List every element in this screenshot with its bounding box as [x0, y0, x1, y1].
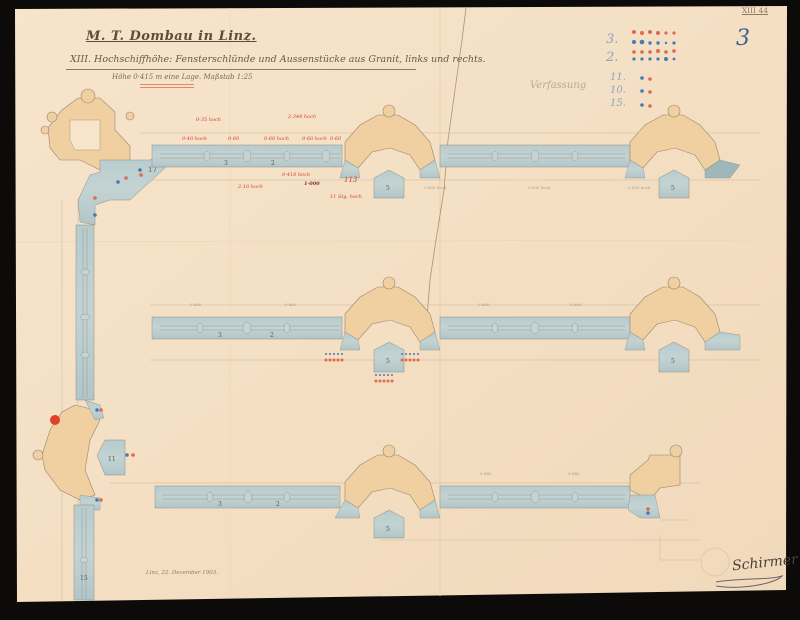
dimension-label: 0·660: [478, 302, 489, 307]
scanned-drawing-sheet: 17 3 2 5: [0, 0, 800, 620]
stone-label-2: 2: [271, 160, 275, 167]
red-annotation: 2·10 hoch: [238, 184, 263, 190]
red-annotation: 0·35 hoch: [196, 117, 221, 123]
pencil-note: 2·000 hoch: [424, 185, 447, 190]
scale-note: Höhe 0·415 m eine Lage. Maßstab 1:25: [112, 73, 253, 81]
pencil-note: 2·000 hoch: [628, 185, 651, 190]
wall-segment-left-column: [76, 225, 94, 400]
stone-label-2m: 2: [270, 332, 274, 339]
dimension-label: 0·640: [568, 471, 579, 476]
stone-label-11: 11: [108, 456, 116, 463]
pencil-annotation: Verfassung: [530, 80, 586, 91]
document-title: M. T. Dombau in Linz.: [86, 29, 257, 44]
red-wax-mark: [50, 415, 60, 425]
stone-label-3: 3: [224, 160, 228, 167]
red-annotation: 113: [344, 176, 357, 184]
red-annotation: 0·60: [330, 136, 341, 142]
stone-label-5b: 5: [671, 185, 675, 192]
page-marker: 3: [736, 26, 750, 51]
stone-label-3m: 3: [218, 332, 222, 339]
stone-label-15: 15: [80, 575, 88, 582]
pencil-note: 3·000 hoch: [528, 185, 551, 190]
dimension-label: 0·660: [570, 302, 581, 307]
stone-label-3b: 3: [218, 501, 222, 508]
dimension-label: 0·640: [480, 471, 491, 476]
wall-segment-left-lower: [74, 505, 94, 600]
subtitle-underline: [66, 69, 416, 70]
stone-label-5m2: 5: [671, 358, 675, 365]
sheet-number: XIII 44: [742, 6, 768, 15]
date-line: Linz, 22. December 1903.: [146, 570, 218, 576]
stone-label-5m: 5: [386, 358, 390, 365]
stone-label-2b: 2: [276, 501, 280, 508]
red-annotation: 2·344 hoch: [288, 114, 316, 120]
red-annotation: 11 Stg. hoch: [330, 194, 362, 200]
red-underline: [140, 84, 194, 85]
document-subtitle: XIII. Hochschiffhöhe: Fensterschlünde un…: [70, 54, 486, 65]
dimension-label: 0·660: [190, 302, 201, 307]
color-legend: 3. 2. 11. 10. 15.: [604, 28, 694, 128]
red-annotation: 1·000: [304, 181, 320, 187]
legend-dots: [604, 28, 694, 128]
red-annotation: 0·40 hoch: [182, 136, 207, 142]
dimension-label: 0·660: [285, 302, 296, 307]
stone-label-5b2: 5: [386, 526, 390, 533]
red-annotation: 0·60 hoch: [302, 136, 327, 142]
red-underline-2: [140, 87, 194, 88]
stone-label-5: 5: [386, 185, 390, 192]
red-annotation: 0·60 hoch: [264, 136, 289, 142]
red-annotation: 0·418 hoch: [282, 172, 310, 178]
red-annotation: 0·60: [228, 136, 239, 142]
